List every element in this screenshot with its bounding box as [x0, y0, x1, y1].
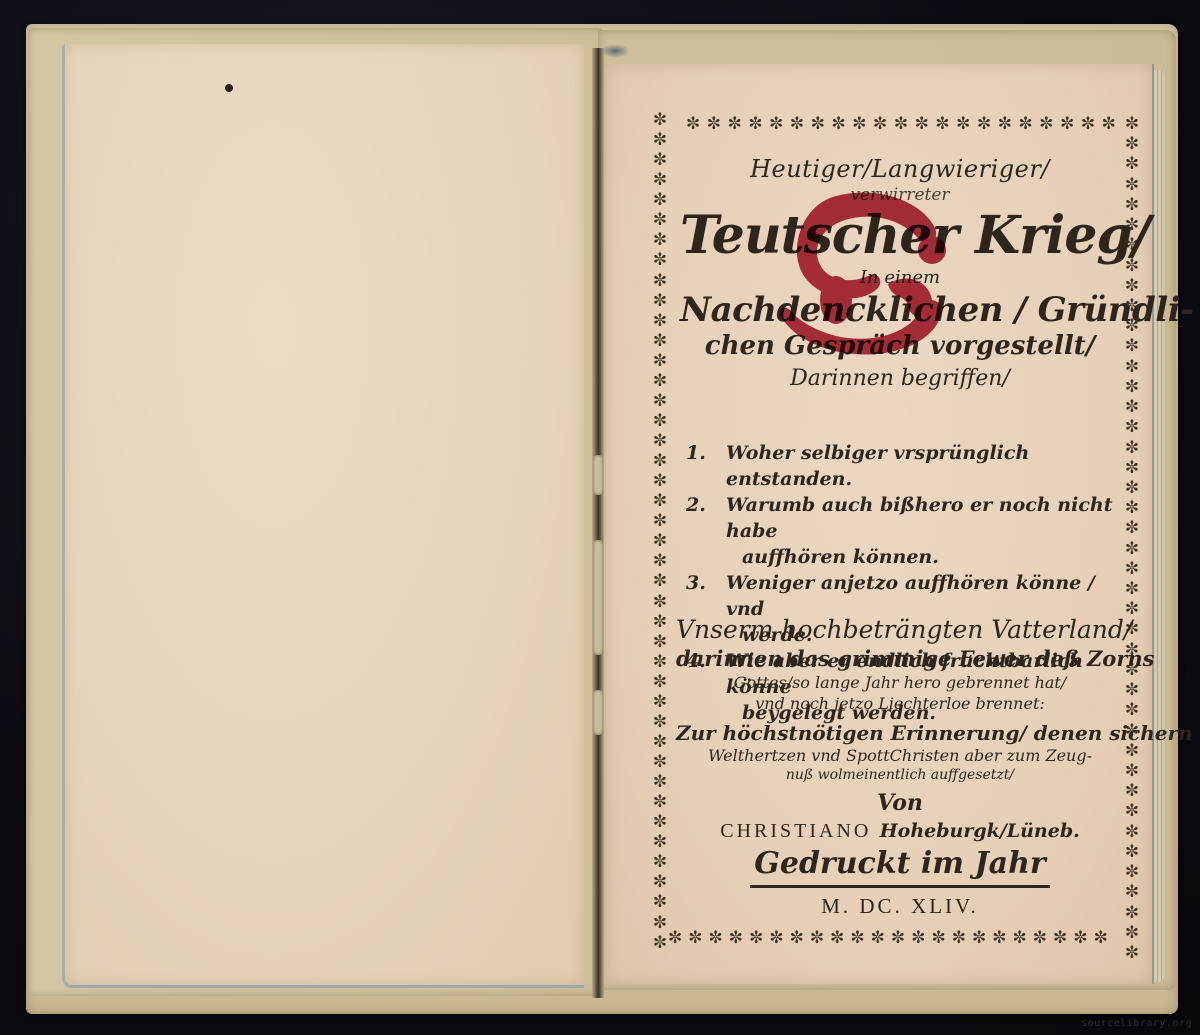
fleuron-ornament-icon: ✼	[653, 734, 667, 751]
dedication-line-7: nuß wolmeinentlich auffgesetzt/	[676, 766, 1124, 784]
fleuron-ornament-icon: ✼	[653, 152, 667, 169]
fleuron-ornament-icon: ✼	[1053, 930, 1067, 950]
title-heading-block: Heutiger/Langwieriger/ verwirreter Teuts…	[680, 145, 1120, 391]
fleuron-ornament-icon: ✼	[1125, 116, 1139, 133]
fleuron-ornament-icon: ✼	[653, 373, 667, 390]
fleuron-ornament-icon: ✼	[1039, 116, 1053, 136]
fleuron-ornament-icon: ✼	[977, 116, 991, 136]
fleuron-ornament-icon: ✼	[1102, 116, 1116, 136]
fleuron-ornament-icon: ✼	[1125, 682, 1139, 699]
fleuron-ornament-icon: ✼	[769, 930, 783, 950]
fleuron-ornament-icon: ✼	[1125, 460, 1139, 477]
title-line-7: Darinnen begriffen/	[680, 366, 1120, 391]
fleuron-ornament-icon: ✼	[998, 116, 1012, 136]
watermark-text: sourcelibrary.org	[1081, 1018, 1192, 1029]
list-text-continuation: auffhören können.	[686, 544, 939, 570]
fleuron-ornament-icon: ✼	[1094, 930, 1108, 950]
fleuron-ornament-icon: ✼	[653, 794, 667, 811]
fleuron-ornament-icon: ✼	[1060, 116, 1074, 136]
fleuron-ornament-icon: ✼	[707, 116, 721, 136]
author-name: CHRISTIANO Hoheburgk/Lüneb.	[676, 816, 1124, 845]
spine-sewing-tab	[593, 690, 603, 735]
fleuron-ornament-icon: ✼	[653, 894, 667, 911]
fleuron-ornament-icon: ✼	[1125, 844, 1139, 861]
fleuron-ornament-icon: ✼	[686, 116, 700, 136]
fleuron-ornament-icon: ✼	[1125, 520, 1139, 537]
fleuron-ornament-icon: ✼	[653, 413, 667, 430]
fleuron-ornament-icon: ✼	[653, 453, 667, 470]
fleuron-ornament-icon: ✼	[653, 273, 667, 290]
fleuron-ornament-icon: ✼	[1125, 177, 1139, 194]
title-line-5: Nachdencklichen / Gründli-	[680, 290, 1120, 330]
fleuron-ornament-icon: ✼	[1125, 136, 1139, 153]
fleuron-ornament-icon: ✼	[911, 930, 925, 950]
fleuron-ornament-icon: ✼	[1125, 338, 1139, 355]
fleuron-ornament-icon: ✼	[748, 116, 762, 136]
fleuron-ornament-icon: ✼	[1125, 541, 1139, 558]
ink-speck	[225, 84, 233, 92]
fleuron-ornament-icon: ✼	[653, 313, 667, 330]
fleuron-ornament-icon: ✼	[992, 930, 1006, 950]
fleuron-ornament-icon: ✼	[653, 533, 667, 550]
fleuron-ornament-icon: ✼	[653, 774, 667, 791]
fleuron-ornament-icon: ✼	[1125, 480, 1139, 497]
fleuron-ornament-icon: ✼	[873, 116, 887, 136]
imprint-line: Gedruckt im Jahr	[676, 845, 1124, 883]
fleuron-ornament-icon: ✼	[653, 674, 667, 691]
fleuron-ornament-icon: ✼	[915, 116, 929, 136]
fleuron-ornament-icon: ✼	[653, 553, 667, 570]
fleuron-ornament-icon: ✼	[1019, 116, 1033, 136]
fleuron-ornament-icon: ✼	[653, 333, 667, 350]
fleuron-ornament-icon: ✼	[653, 594, 667, 611]
fleuron-ornament-icon: ✼	[653, 232, 667, 249]
fleuron-ornament-icon: ✼	[653, 654, 667, 671]
fleuron-ornament-icon: ✼	[1125, 864, 1139, 881]
fleuron-ornament-icon: ✼	[653, 393, 667, 410]
fleuron-ornament-icon: ✼	[749, 930, 763, 950]
dedication-line-4: vnd noch jetzo Liechterloe brennet:	[676, 694, 1124, 714]
fleuron-ornament-icon: ✼	[653, 634, 667, 651]
fleuron-ornament-icon: ✼	[653, 473, 667, 490]
fleuron-ornament-icon: ✼	[653, 192, 667, 209]
list-number: 1.	[686, 440, 726, 492]
fleuron-ornament-icon: ✼	[653, 935, 667, 952]
fleuron-ornament-icon: ✼	[653, 433, 667, 450]
fleuron-ornament-icon: ✼	[894, 116, 908, 136]
author-surname-place: Hoheburgk/Lüneb.	[880, 820, 1080, 842]
dedication-line-6: Welthertzen vnd SpottChristen aber zum Z…	[676, 746, 1124, 766]
author-first-name: CHRISTIANO	[720, 820, 871, 842]
fleuron-ornament-icon: ✼	[653, 573, 667, 590]
fleuron-ornament-icon: ✼	[709, 930, 723, 950]
dedication-line-1: Vnserm hochbeträngten Vatterland/	[676, 614, 1124, 646]
fleuron-ornament-icon: ✼	[1125, 905, 1139, 922]
fleuron-ornament-icon: ✼	[891, 930, 905, 950]
title-line-6: chen Gespräch vorgestellt/	[680, 330, 1120, 362]
list-text: Woher selbiger vrsprünglich entstanden.	[726, 440, 1116, 492]
fleuron-ornament-icon: ✼	[1033, 930, 1047, 950]
list-text: Warumb auch bißhero er noch nicht habe	[726, 492, 1116, 544]
fleuron-ornament-icon: ✼	[769, 116, 783, 136]
fleuron-ornament-icon: ✼	[653, 493, 667, 510]
fleuron-ornament-icon: ✼	[1125, 419, 1139, 436]
fleuron-ornament-icon: ✼	[1125, 803, 1139, 820]
main-title: Teutscher Krieg/	[680, 207, 1120, 265]
fleuron-ornament-icon: ✼	[1125, 884, 1139, 901]
fleuron-ornament-icon: ✼	[831, 116, 845, 136]
fleuron-ornament-icon: ✼	[956, 116, 970, 136]
fleuron-ornament-icon: ✼	[653, 132, 667, 149]
fleuron-ornament-icon: ✼	[668, 930, 682, 950]
fleuron-ornament-icon: ✼	[850, 930, 864, 950]
fleuron-ornament-icon: ✼	[810, 930, 824, 950]
fleuron-ornament-icon: ✼	[1125, 743, 1139, 760]
fleuron-ornament-icon: ✼	[653, 834, 667, 851]
list-item: 2. Warumb auch bißhero er noch nicht hab…	[686, 492, 1116, 570]
fleuron-border-left: ✼✼✼✼✼✼✼✼✼✼✼✼✼✼✼✼✼✼✼✼✼✼✼✼✼✼✼✼✼✼✼✼✼✼✼✼✼✼✼✼…	[650, 112, 670, 952]
fleuron-ornament-icon: ✼	[871, 930, 885, 950]
title-line-1: Heutiger/Langwieriger/	[680, 155, 1120, 183]
fleuron-ornament-icon: ✼	[688, 930, 702, 950]
gutter-spine	[592, 48, 604, 998]
left-blank-flyleaf	[62, 44, 584, 988]
fleuron-ornament-icon: ✼	[1125, 783, 1139, 800]
list-item: 1. Woher selbiger vrsprünglich entstande…	[686, 440, 1116, 492]
fleuron-ornament-icon: ✼	[653, 172, 667, 189]
fleuron-ornament-icon: ✼	[653, 854, 667, 871]
dedication-line-5: Zur höchstnötigen Erinnerung/ denen sich…	[676, 720, 1124, 746]
fleuron-ornament-icon: ✼	[1081, 116, 1095, 136]
fleuron-ornament-icon: ✼	[790, 930, 804, 950]
dedication-line-3: Gottes/so lange Jahr hero gebrennet hat/	[676, 672, 1124, 694]
fleuron-ornament-icon: ✼	[1125, 500, 1139, 517]
fleuron-ornament-icon: ✼	[1125, 581, 1139, 598]
fleuron-ornament-icon: ✼	[653, 915, 667, 932]
fleuron-ornament-icon: ✼	[1125, 763, 1139, 780]
fleuron-ornament-icon: ✼	[653, 814, 667, 831]
spine-sewing-tab	[593, 540, 603, 655]
fleuron-ornament-icon: ✼	[952, 930, 966, 950]
fleuron-ornament-icon: ✼	[653, 212, 667, 229]
fleuron-ornament-icon: ✼	[653, 252, 667, 269]
fleuron-ornament-icon: ✼	[1125, 359, 1139, 376]
fleuron-ornament-icon: ✼	[653, 614, 667, 631]
fleuron-ornament-icon: ✼	[1125, 945, 1139, 962]
list-number: 2.	[686, 492, 726, 544]
fleuron-border-top: ✼✼✼✼✼✼✼✼✼✼✼✼✼✼✼✼✼✼✼✼✼	[686, 116, 1116, 136]
imprint-date: M. DC. XLIV.	[676, 894, 1124, 919]
fleuron-ornament-icon: ✼	[729, 930, 743, 950]
fleuron-ornament-icon: ✼	[1125, 702, 1139, 719]
fleuron-ornament-icon: ✼	[653, 874, 667, 891]
imprint-rule	[750, 885, 1050, 888]
fleuron-border-bottom: ✼✼✼✼✼✼✼✼✼✼✼✼✼✼✼✼✼✼✼✼✼✼	[668, 930, 1108, 950]
title-line-2: verwirreter	[680, 185, 1120, 205]
fleuron-ornament-icon: ✼	[1125, 399, 1139, 416]
fleuron-ornament-icon: ✼	[653, 353, 667, 370]
fleuron-ornament-icon: ✼	[653, 513, 667, 530]
fleuron-ornament-icon: ✼	[653, 714, 667, 731]
fleuron-ornament-icon: ✼	[653, 754, 667, 771]
fleuron-ornament-icon: ✼	[935, 116, 949, 136]
by-line: Von	[676, 790, 1124, 816]
fleuron-ornament-icon: ✼	[852, 116, 866, 136]
fleuron-ornament-icon: ✼	[1125, 824, 1139, 841]
fleuron-ornament-icon: ✼	[1125, 925, 1139, 942]
fleuron-ornament-icon: ✼	[972, 930, 986, 950]
fleuron-ornament-icon: ✼	[1125, 379, 1139, 396]
fleuron-ornament-icon: ✼	[931, 930, 945, 950]
fleuron-ornament-icon: ✼	[830, 930, 844, 950]
fleuron-ornament-icon: ✼	[1013, 930, 1027, 950]
fleuron-ornament-icon: ✼	[653, 694, 667, 711]
title-line-4: In einem	[680, 267, 1120, 288]
fleuron-ornament-icon: ✼	[1125, 440, 1139, 457]
spine-thread-knot	[600, 44, 630, 58]
fleuron-ornament-icon: ✼	[1073, 930, 1087, 950]
fleuron-ornament-icon: ✼	[1125, 561, 1139, 578]
fleuron-ornament-icon: ✼	[653, 112, 667, 129]
fleuron-ornament-icon: ✼	[790, 116, 804, 136]
fleuron-ornament-icon: ✼	[653, 293, 667, 310]
dedication-and-imprint: Vnserm hochbeträngten Vatterland/ darinn…	[676, 614, 1124, 919]
fleuron-ornament-icon: ✼	[728, 116, 742, 136]
spine-sewing-tab	[593, 455, 603, 495]
fleuron-ornament-icon: ✼	[1125, 156, 1139, 173]
dedication-line-2: darinnen das grimmige Fewer deß Zorns	[676, 646, 1124, 672]
fleuron-ornament-icon: ✼	[811, 116, 825, 136]
